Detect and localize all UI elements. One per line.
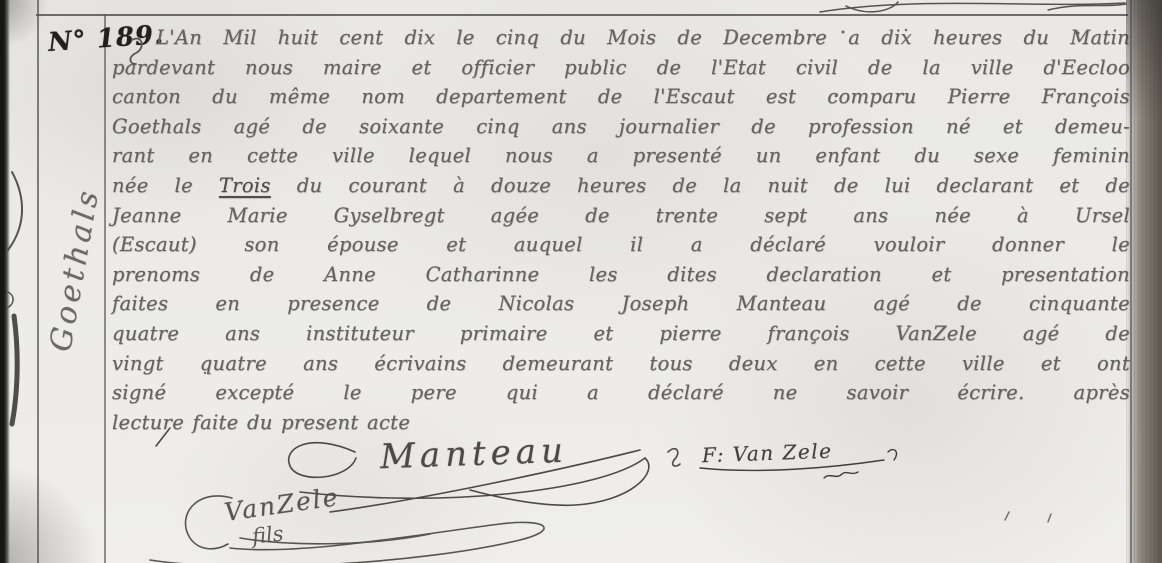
register-scan-page: N° 189. Goethals L'An Mil huit cent dix …: [0, 0, 1162, 563]
line-text: du courant à douze heures de la nuit de …: [271, 174, 1130, 197]
act-line: quatre ans instituteur primaire et pierr…: [112, 319, 1130, 349]
margin-surname: Goethals: [30, 109, 120, 430]
top-rule-line: [36, 14, 1128, 16]
signature-bottom-suffix: fils: [251, 521, 285, 548]
act-line: signé excepté le pere qui a déclaré ne s…: [112, 378, 1130, 408]
act-line: Jeanne Marie Gyselbregt agée de trente s…: [112, 201, 1130, 231]
act-line: faites en presence de Nicolas Joseph Man…: [112, 289, 1130, 319]
margin-rule-left: [37, 0, 39, 563]
act-line: rant en cette ville lequel nous a presen…: [112, 141, 1130, 171]
signature-bottom: VanZele: [223, 482, 342, 527]
signature-official: Manteau: [379, 431, 568, 478]
left-page-edge: [0, 0, 10, 563]
underlined-birth-day: Trois: [219, 174, 271, 197]
act-line: vingt quatre ans écrivains demeurant tou…: [112, 349, 1130, 379]
act-line: prenoms de Anne Catharinne les dites dec…: [112, 260, 1130, 290]
act-line: (Escaut) son épouse et auquel il a décla…: [112, 230, 1130, 260]
signature-witness: F: Van Zele: [702, 439, 833, 468]
act-line: née le Trois du courant à douze heures d…: [112, 171, 1130, 201]
previous-entry-flourish-icon: [820, 2, 1126, 12]
line-text: née le: [112, 174, 219, 197]
act-line: Goethals agé de soixante cinq ans journa…: [112, 112, 1130, 142]
act-line: L'An Mil huit cent dix le cinq du Mois d…: [112, 23, 1130, 53]
act-line: pardevant nous maire et officier public …: [112, 53, 1130, 83]
bottom-signature-flourish-icon: [150, 496, 544, 563]
act-text-block: L'An Mil huit cent dix le cinq du Mois d…: [112, 23, 1130, 437]
act-line: canton du même nom departement de l'Esca…: [112, 82, 1130, 112]
act-line: lecture faite du present acte: [112, 408, 1130, 438]
right-page-fold-line: [1130, 0, 1132, 563]
margin-rule-right: [104, 14, 106, 563]
